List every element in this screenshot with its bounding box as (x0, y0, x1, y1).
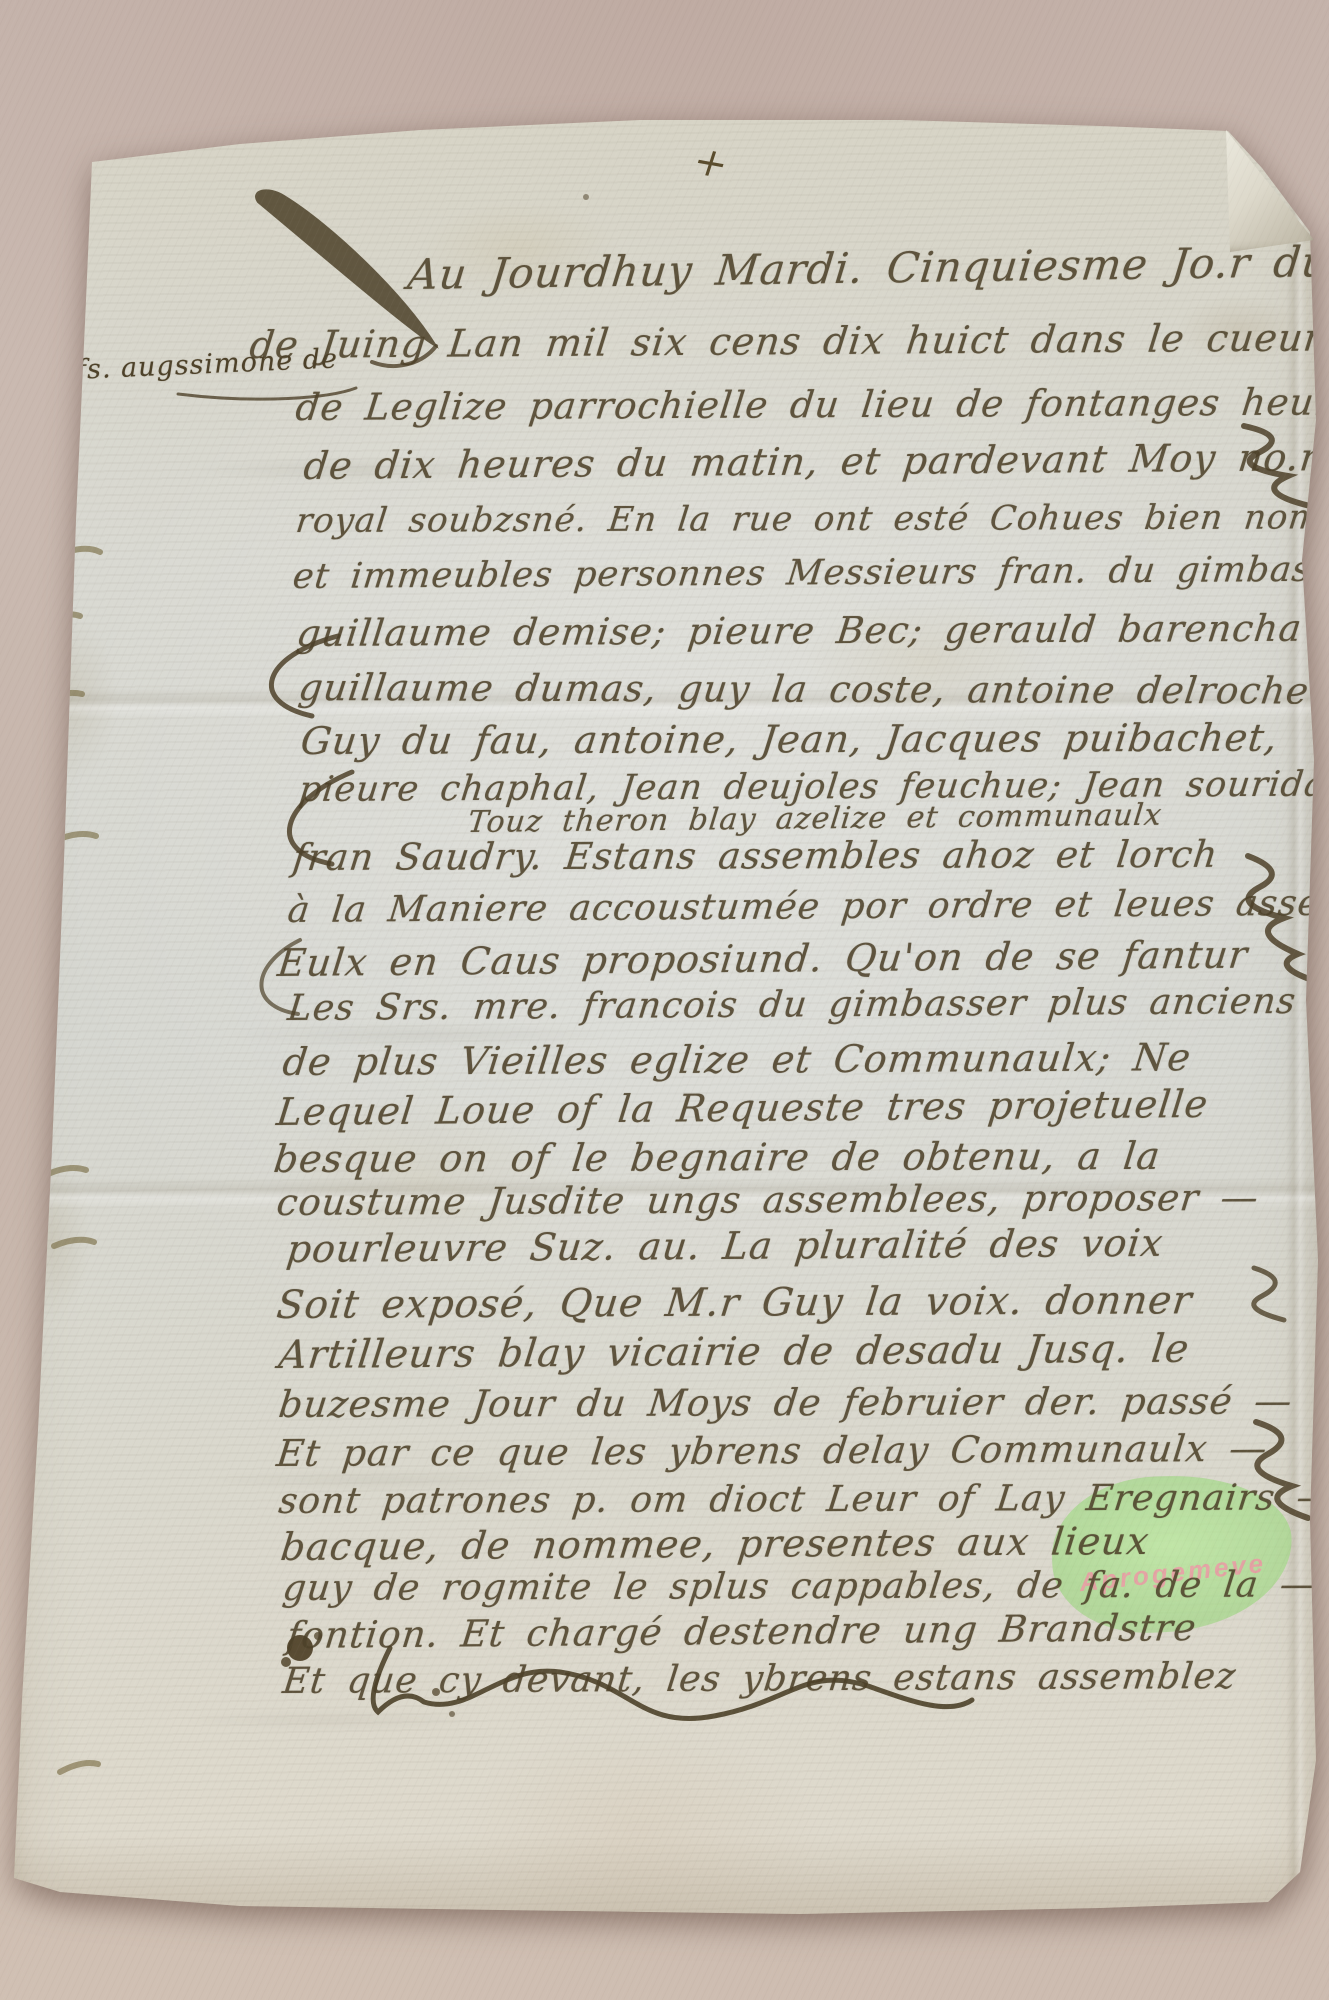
manuscript-line: guillaume dumas, guy la coste, antoine d… (296, 666, 1312, 713)
manuscript-line: buzesme Jour du Moys de februier der. pa… (276, 1379, 1295, 1426)
manuscript-line: guillaume demise; pieure Bec; gerauld ba… (294, 607, 1304, 655)
manuscript-line: coustume Jusdite ungs assemblees, propos… (274, 1176, 1261, 1224)
manuscript-line: fontion. Et chargé destendre ung Brandst… (285, 1606, 1199, 1657)
manuscript-line: Lequel Loue of la Requeste tres projetue… (274, 1082, 1210, 1134)
manuscript-line: à la Maniere accoustumée por ordre et le… (286, 883, 1329, 931)
paper-shadow: Aprogemeve (0, 0, 1329, 2000)
manuscript-line: Et que cy devant, les ybrens estans asse… (281, 1656, 1239, 1702)
manuscript-line: bacque, de nommee, presentes aux lieux (278, 1519, 1151, 1569)
manuscript-line: Artilleurs blay vicairie de desadu Jusq.… (276, 1327, 1191, 1378)
manuscript-line: et immeubles personnes Messieurs fran. d… (291, 549, 1329, 597)
handwritten-text-block: + R ffs. augssimone de Au Jourdhuy Mardi… (0, 0, 1329, 2000)
manuscript-line: Guy du fau, antoine, Jean, Jacques puiba… (298, 716, 1280, 763)
manuscript-line: fran Saudry. Estans assembles ahoz et lo… (290, 833, 1220, 879)
photograph-of-manuscript: Aprogemeve (0, 0, 1329, 2000)
manuscript-line: sont patrones p. om dioct Leur of Lay Er… (277, 1477, 1329, 1522)
manuscript-line: pourleuvre Suz. au. La pluralité des voi… (284, 1221, 1165, 1271)
manuscript-line: royal soubzsné. En la rue ont esté Cohue… (294, 497, 1329, 541)
manuscript-line: besque on of le begnaire de obtenu, a la (271, 1134, 1163, 1181)
manuscript-line: Soit exposé, Que M.r Guy la voix. donner (274, 1278, 1194, 1328)
manuscript-line: de plus Vieilles eglize et Communaulx; N… (280, 1035, 1193, 1084)
manuscript-line: Les Srs. mre. francois du gimbasser plus… (286, 981, 1299, 1029)
manuscript-line: de dix heures du matin, et pardevant Moy… (301, 435, 1329, 488)
manuscript-line: Et par ce que les ybrens delay Communaul… (274, 1427, 1270, 1475)
manuscript-line: de Juing Lan mil six cens dix huict dans… (247, 315, 1325, 367)
manuscript-page: Aprogemeve (0, 0, 1329, 2000)
invocation-cross: + (687, 138, 734, 188)
manuscript-line: guy de rogmite le splus cappables, de fa… (281, 1564, 1320, 1609)
manuscript-line: Eulx en Caus proposiund. Qu'on de se fan… (275, 933, 1250, 986)
manuscript-line: de Leglize parrochielle du lieu de fonta… (293, 380, 1329, 429)
manuscript-line: Au Jourdhuy Mardi. Cinquiesme Jo.r du Mo… (405, 235, 1329, 299)
